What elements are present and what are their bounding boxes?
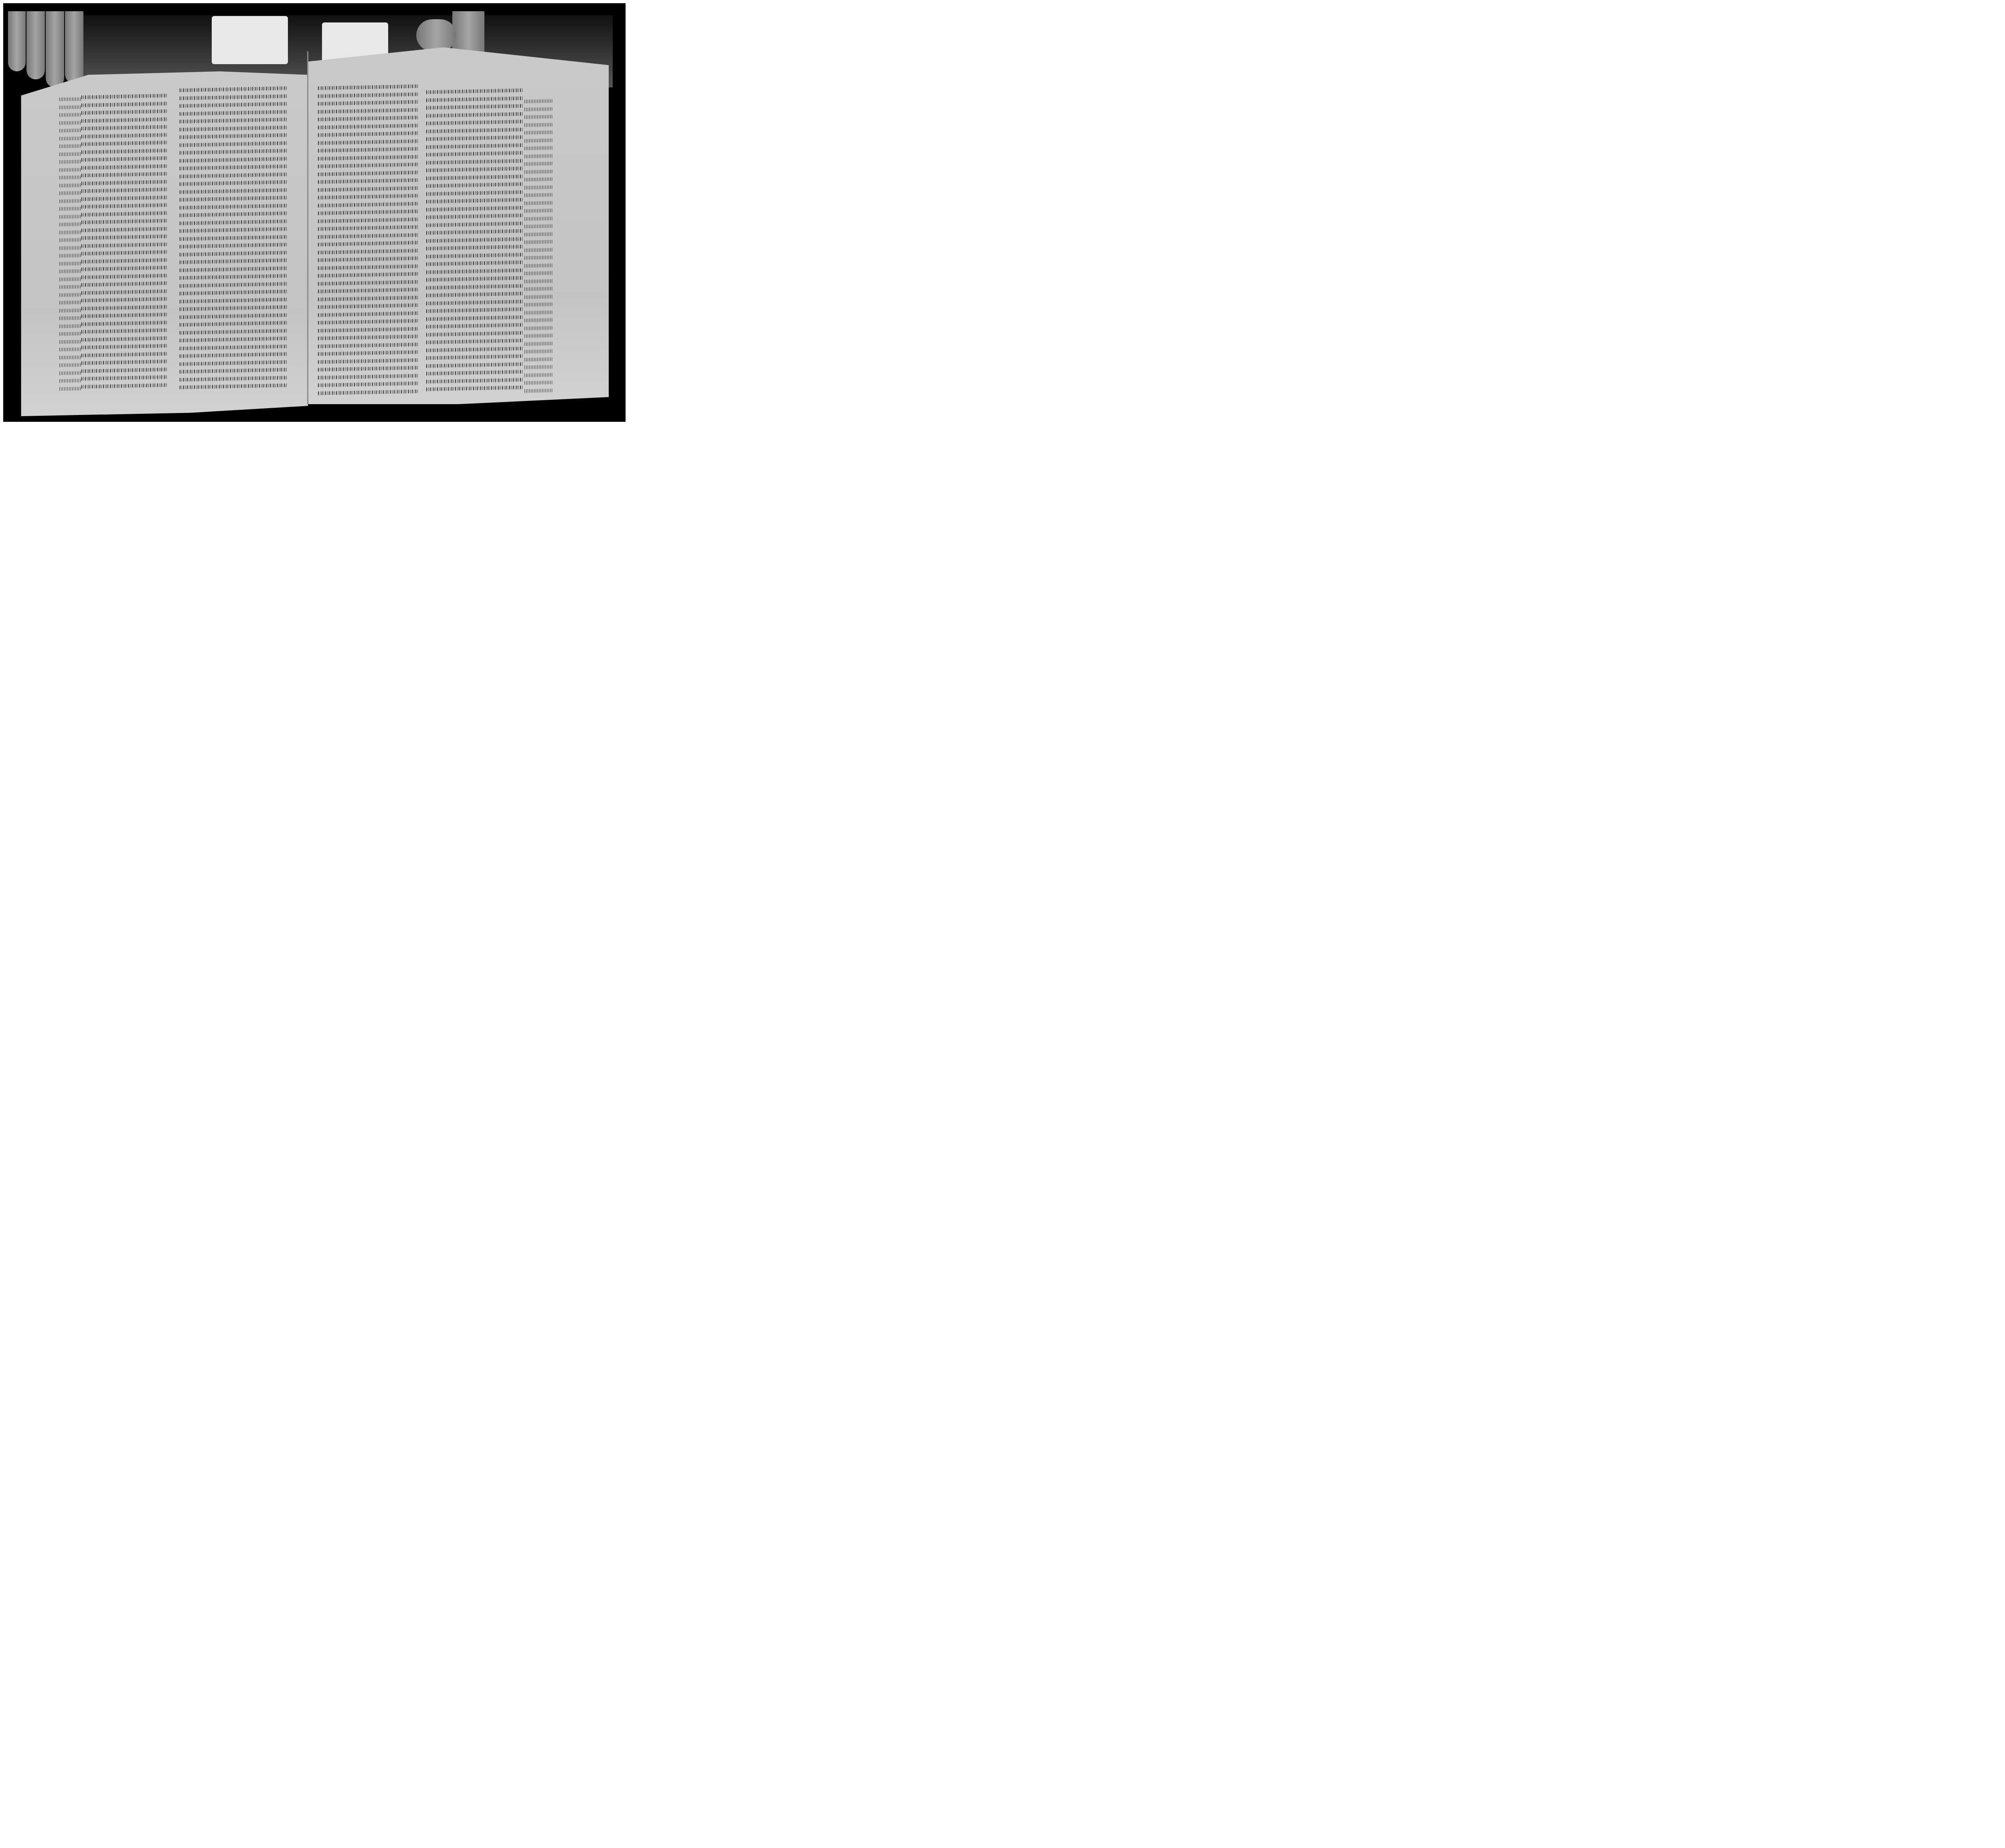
photo-frame: Black-and-white photograph of an open ha…: [0, 0, 629, 425]
left-hand-finger: [46, 11, 64, 87]
page-tab: [212, 16, 288, 64]
left-hand-finger: [8, 11, 26, 71]
manuscript-photo: Black-and-white photograph of an open ha…: [3, 3, 626, 422]
left-page-marginalia: [59, 97, 81, 395]
left-page-column-2: [180, 87, 288, 393]
right-hand-fingers: [416, 19, 456, 51]
right-page-column-2: [426, 89, 523, 395]
left-hand-finger: [65, 11, 83, 83]
right-page-marginalia: [525, 99, 553, 397]
right-page-column-1: [318, 85, 418, 398]
book-gutter: [307, 51, 308, 404]
left-hand-finger: [26, 11, 45, 79]
left-page-column-1: [81, 95, 168, 392]
